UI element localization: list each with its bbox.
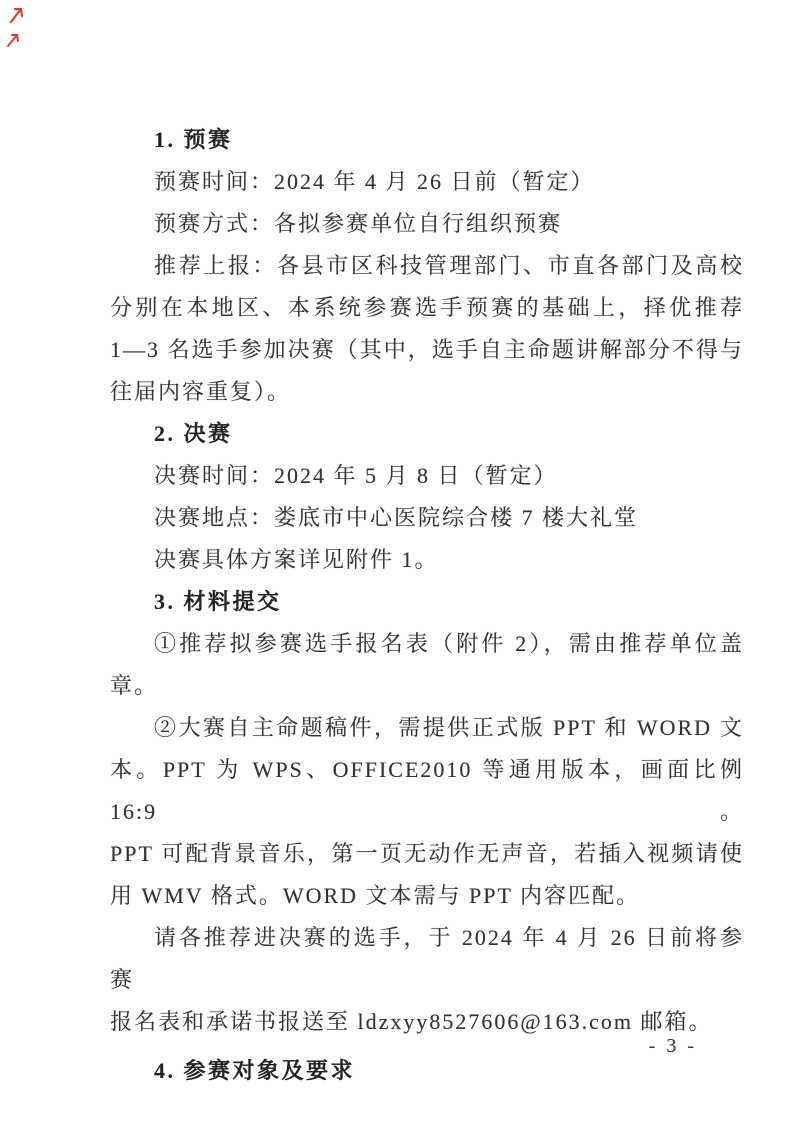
doc-line: 1—3 名选手参加决赛（其中，选手自主命题讲解部分不得与 — [110, 329, 744, 371]
doc-line: 分别在本地区、本系统参赛选手预赛的基础上，择优推荐 — [110, 287, 744, 329]
doc-line-preliminary-method: 预赛方式：各拟参赛单位自行组织预赛 — [110, 203, 744, 245]
doc-line-final-plan: 决赛具体方案详见附件 1。 — [110, 539, 744, 581]
section-heading-preliminary: 1. 预赛 — [110, 119, 744, 161]
doc-line: 章。 — [110, 665, 744, 707]
doc-line-preliminary-time: 预赛时间：2024 年 4 月 26 日前（暂定） — [110, 161, 744, 203]
section-heading-final: 2. 决赛 — [110, 413, 744, 455]
page-number: - 3 - — [649, 1034, 697, 1058]
doc-line: 往届内容重复）。 — [110, 371, 744, 413]
doc-line-final-location: 决赛地点：娄底市中心医院综合楼 7 楼大礼堂 — [110, 497, 744, 539]
doc-line-material-2: ②大赛自主命题稿件，需提供正式版 PPT 和 WORD 文 — [110, 707, 744, 749]
doc-line: 用 WMV 格式。WORD 文本需与 PPT 内容匹配。 — [110, 875, 744, 917]
document-page: 1. 预赛 预赛时间：2024 年 4 月 26 日前（暂定） 预赛方式：各拟参… — [0, 0, 800, 1092]
doc-line: PPT 可配背景音乐，第一页无动作无声音，若插入视频请使 — [110, 833, 744, 875]
section-heading-materials: 3. 材料提交 — [110, 581, 744, 623]
doc-line-recommend-report: 推荐上报：各县市区科技管理部门、市直各部门及高校 — [110, 245, 744, 287]
doc-line-final-time: 决赛时间：2024 年 5 月 8 日（暂定） — [110, 455, 744, 497]
doc-line-material-1: ①推荐拟参赛选手报名表（附件 2），需由推荐单位盖 — [110, 623, 744, 665]
doc-line-submission: 请各推荐进决赛的选手，于 2024 年 4 月 26 日前将参赛 — [110, 917, 744, 1001]
doc-line: 本。PPT 为 WPS、OFFICE2010 等通用版本，画面比例 16:9。 — [110, 749, 744, 833]
